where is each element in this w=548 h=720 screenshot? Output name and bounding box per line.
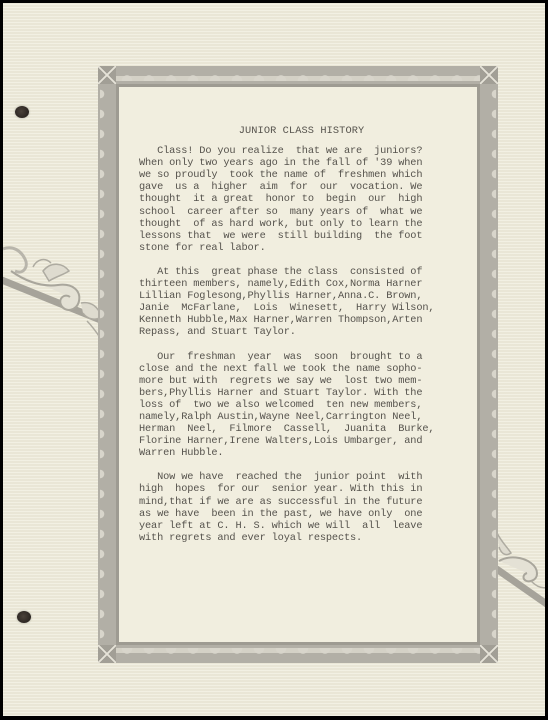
border-pattern-top — [116, 69, 480, 81]
binder-hole-top-icon — [15, 106, 29, 118]
page-title: JUNIOR CLASS HISTORY — [139, 125, 464, 137]
paragraph-intro: Class! Do you realize that we are junior… — [139, 145, 464, 254]
border-pattern-left — [100, 84, 110, 645]
paragraph-junior: Now we have reached the junior point wit… — [139, 471, 464, 544]
border-pattern-right — [486, 84, 496, 645]
corner-ornament-icon — [98, 645, 116, 663]
corner-ornament-icon — [480, 645, 498, 663]
typed-text-body: JUNIOR CLASS HISTORY Class! Do you reali… — [139, 122, 464, 556]
corner-ornament-icon — [98, 66, 116, 84]
corner-ornament-icon — [480, 66, 498, 84]
paragraph-members: At this great phase the class consisted … — [139, 266, 464, 339]
paragraph-sophomore: Our freshman year was soon brought to a … — [139, 351, 464, 460]
border-pattern-bottom — [116, 648, 480, 660]
acanthus-scroll-left-icon — [3, 241, 108, 341]
acanthus-scroll-right-icon — [493, 533, 545, 603]
binder-hole-bottom-icon — [17, 611, 31, 623]
